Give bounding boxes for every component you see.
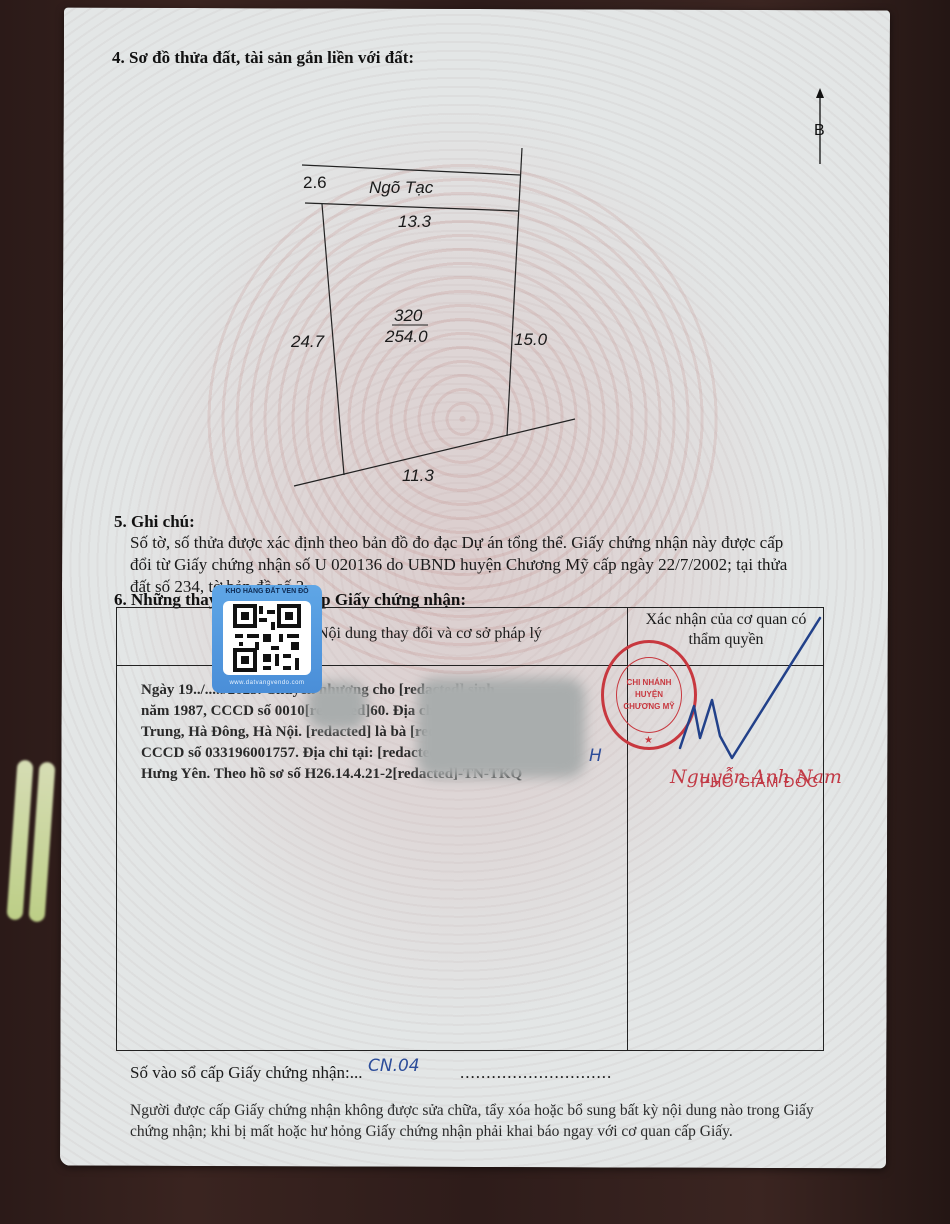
column-header-changes: Nội dung thay đổi và cơ sở pháp lý [317,625,542,643]
section-4-title: 4. Sơ đồ thửa đất, tài sản gắn liền với … [112,48,414,68]
badge-header: KHO HÀNG ĐẤT VEN ĐÔ [212,588,322,595]
star-icon: ★ [644,735,653,746]
north-label: B [814,122,825,140]
note-line: đổi từ Giấy chứng nhận số U 020136 do UB… [130,554,787,576]
watermark-qr-badge: KHO HÀNG ĐẤT VEN ĐÔ www.datvangvendo.com [212,585,322,693]
signer-name: Nguyễn Anh Nam [670,766,842,788]
registry-number: CN.04 [368,1056,420,1076]
qr-code-icon [223,601,311,675]
official-stamp: CHI NHÁNH HUYỆN CHƯƠNG MỸ ★ [601,640,697,750]
registry-dots: ............................. [460,1063,612,1083]
registry-label: Số vào sổ cấp Giấy chứng nhận:... [130,1063,363,1083]
light-reflection [28,762,55,923]
note-line: Số tờ, số thửa được xác định theo bản đồ… [130,532,783,554]
handwritten-initials: H [589,746,602,766]
badge-url: www.datvangvendo.com [212,680,322,686]
warning-notice: Người được cấp Giấy chứng nhận không đượ… [130,1100,820,1142]
section-5-title: 5. Ghi chú: [114,512,195,532]
redaction-blur [417,678,585,778]
